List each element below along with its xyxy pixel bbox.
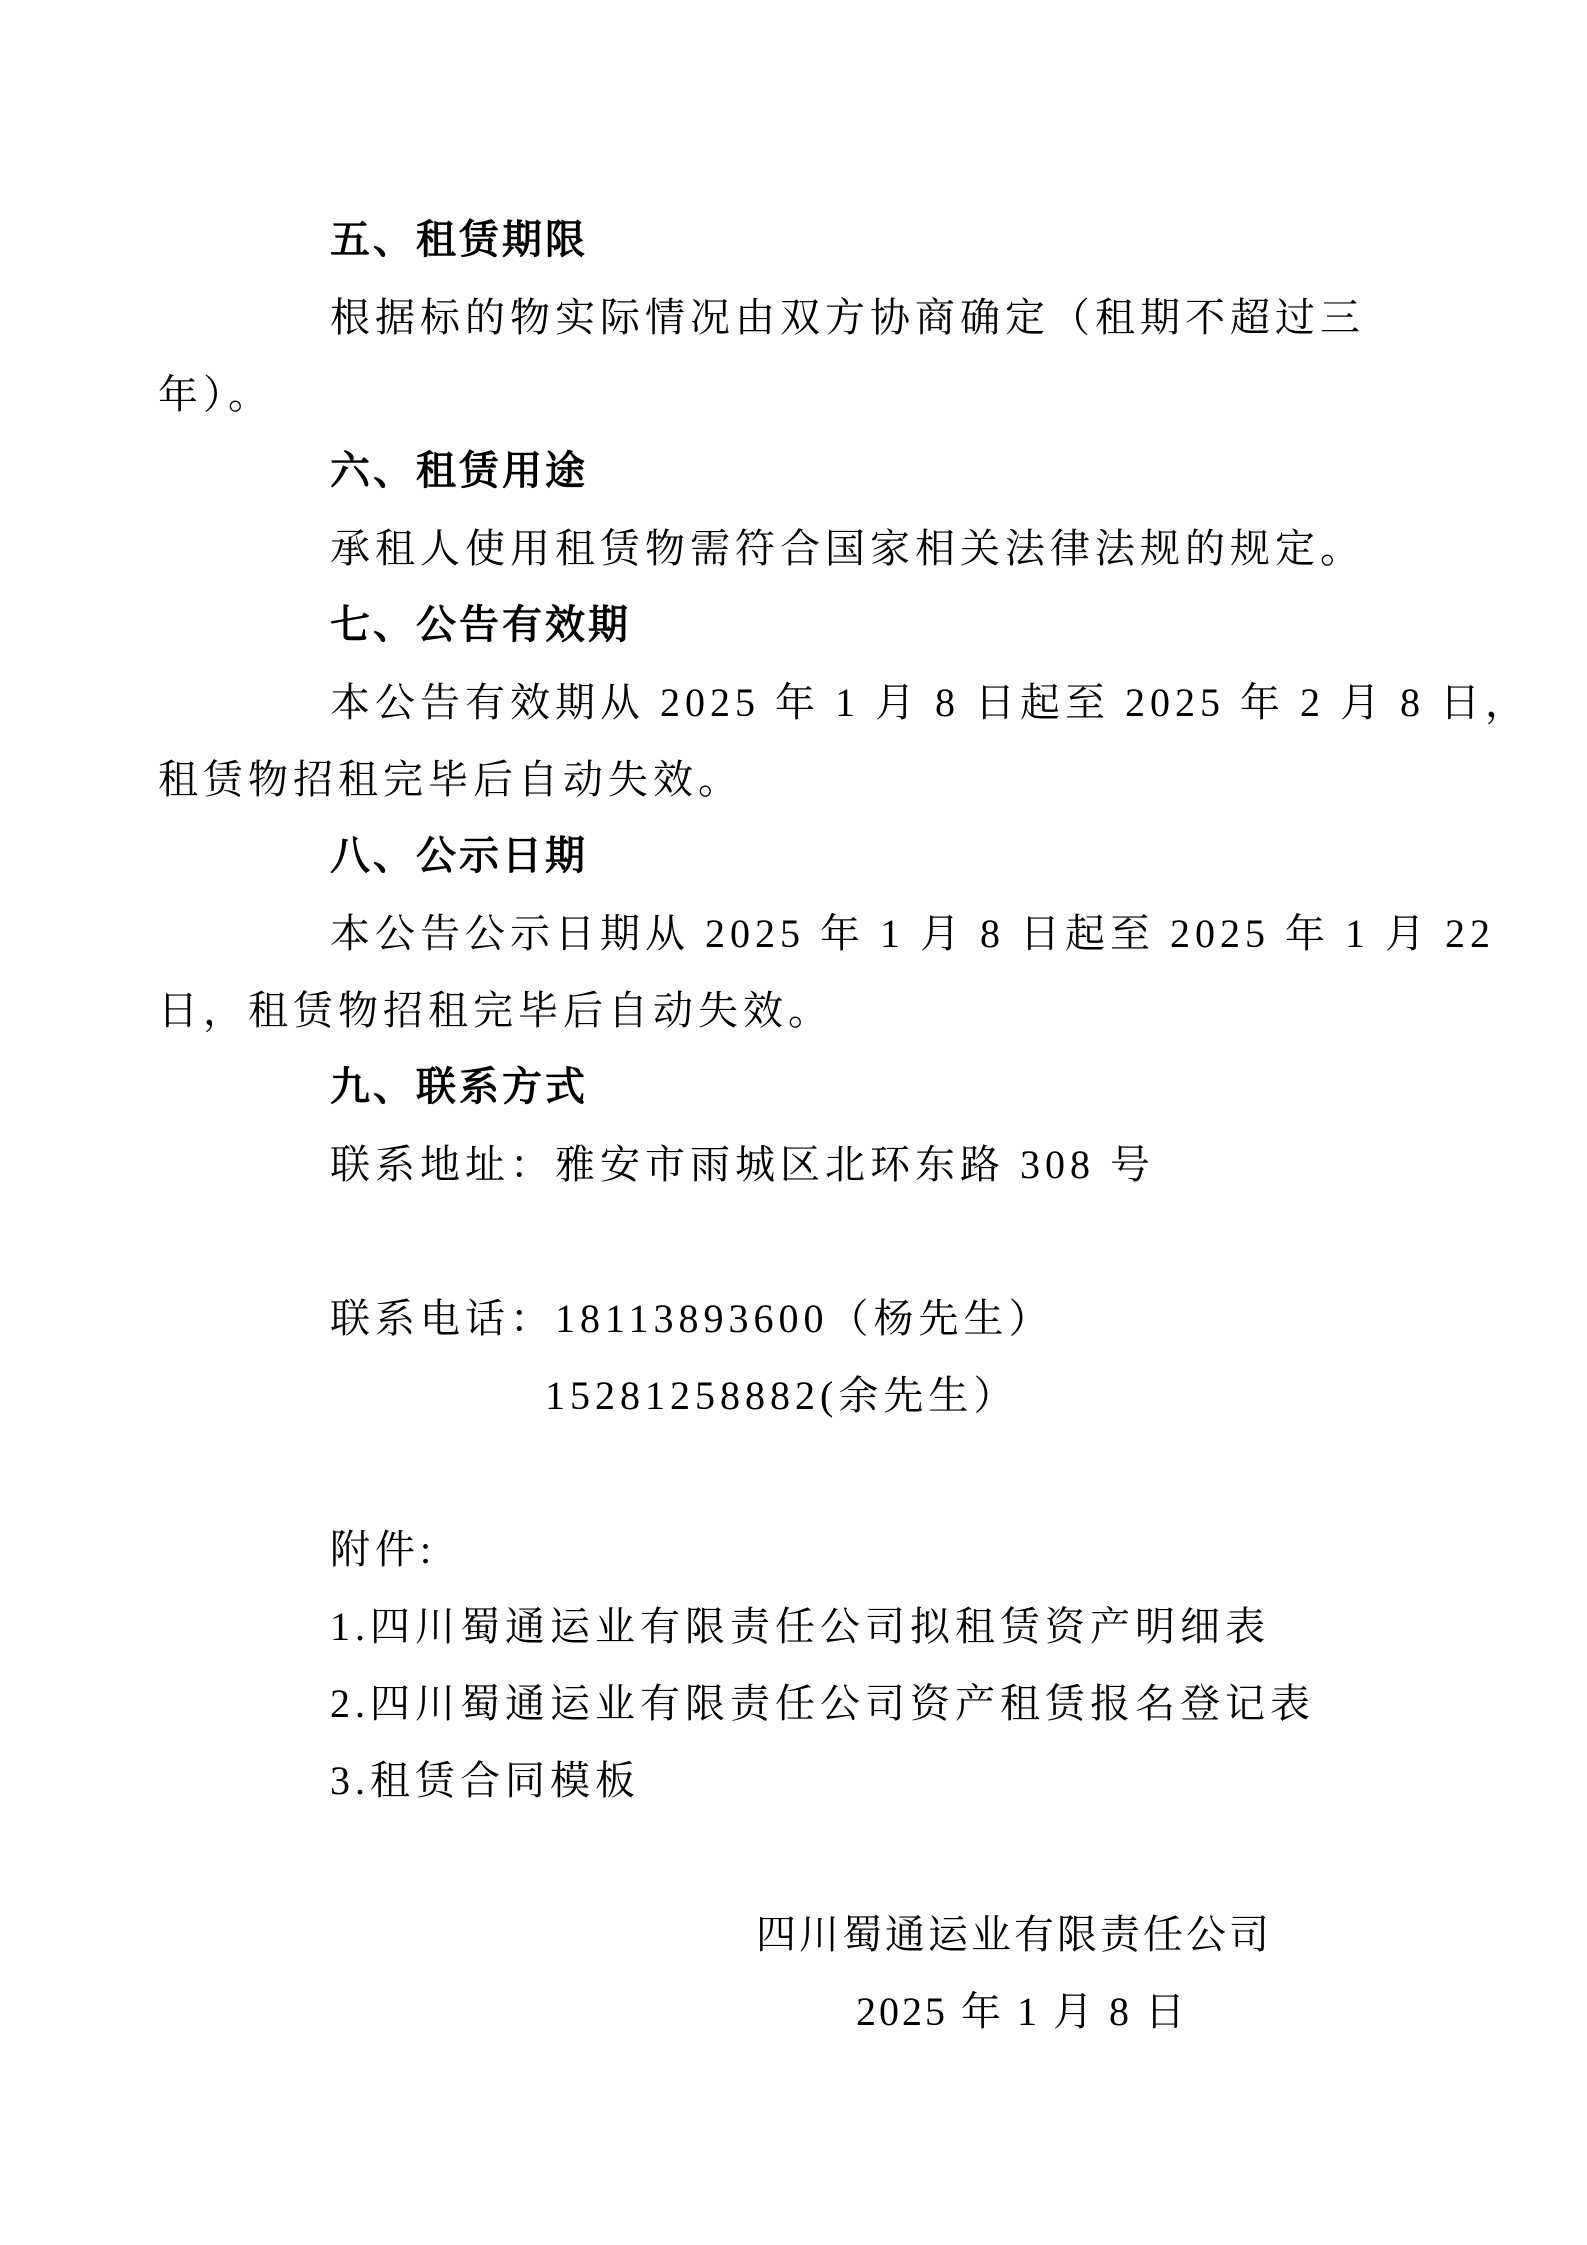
attachment-item-1: 1.四川蜀通运业有限责任公司拟租赁资产明细表 bbox=[158, 1588, 1437, 1665]
para-publicity-line-2: 日，租赁物招租完毕后自动失效。 bbox=[158, 972, 1437, 1049]
para-validity-line-1: 本公告有效期从 2025 年 1 月 8 日起至 2025 年 2 月 8 日， bbox=[158, 664, 1437, 741]
signature-company: 四川蜀通运业有限责任公司 bbox=[158, 1896, 1437, 1973]
section-heading-publicity: 八、公示日期 bbox=[158, 818, 1437, 895]
signature-date: 2025 年 1 月 8 日 bbox=[158, 1973, 1437, 2050]
blank-line bbox=[158, 1434, 1437, 1511]
para-publicity-line-1: 本公告公示日期从 2025 年 1 月 8 日起至 2025 年 1 月 22 bbox=[158, 895, 1437, 972]
contact-address-line: 联系地址：雅安市雨城区北环东路 308 号 bbox=[158, 1126, 1437, 1203]
para-lease-use: 承租人使用租赁物需符合国家相关法律法规的规定。 bbox=[158, 510, 1437, 587]
contact-phone-line-2: 15281258882(余先生） bbox=[158, 1357, 1437, 1434]
blank-line bbox=[158, 1203, 1437, 1280]
section-heading-contact: 九、联系方式 bbox=[158, 1049, 1437, 1126]
para-lease-term-line-2: 年）。 bbox=[158, 356, 1437, 433]
section-heading-lease-use: 六、租赁用途 bbox=[158, 433, 1437, 510]
attachment-item-2: 2.四川蜀通运业有限责任公司资产租赁报名登记表 bbox=[158, 1665, 1437, 1742]
document-body: 五、租赁期限 根据标的物实际情况由双方协商确定（租期不超过三 年）。 六、租赁用… bbox=[0, 0, 1587, 2050]
document-page: 五、租赁期限 根据标的物实际情况由双方协商确定（租期不超过三 年）。 六、租赁用… bbox=[0, 0, 1587, 2245]
para-validity-line-2: 租赁物招租完毕后自动失效。 bbox=[158, 741, 1437, 818]
contact-phone-line-1: 联系电话：18113893600（杨先生） bbox=[158, 1280, 1437, 1357]
attachment-item-3: 3.租赁合同模板 bbox=[158, 1742, 1437, 1819]
para-lease-term-line-1: 根据标的物实际情况由双方协商确定（租期不超过三 bbox=[158, 279, 1437, 356]
blank-line bbox=[158, 1819, 1437, 1896]
section-heading-validity: 七、公告有效期 bbox=[158, 587, 1437, 664]
section-heading-lease-term: 五、租赁期限 bbox=[158, 202, 1437, 279]
attachments-label: 附件: bbox=[158, 1511, 1437, 1588]
